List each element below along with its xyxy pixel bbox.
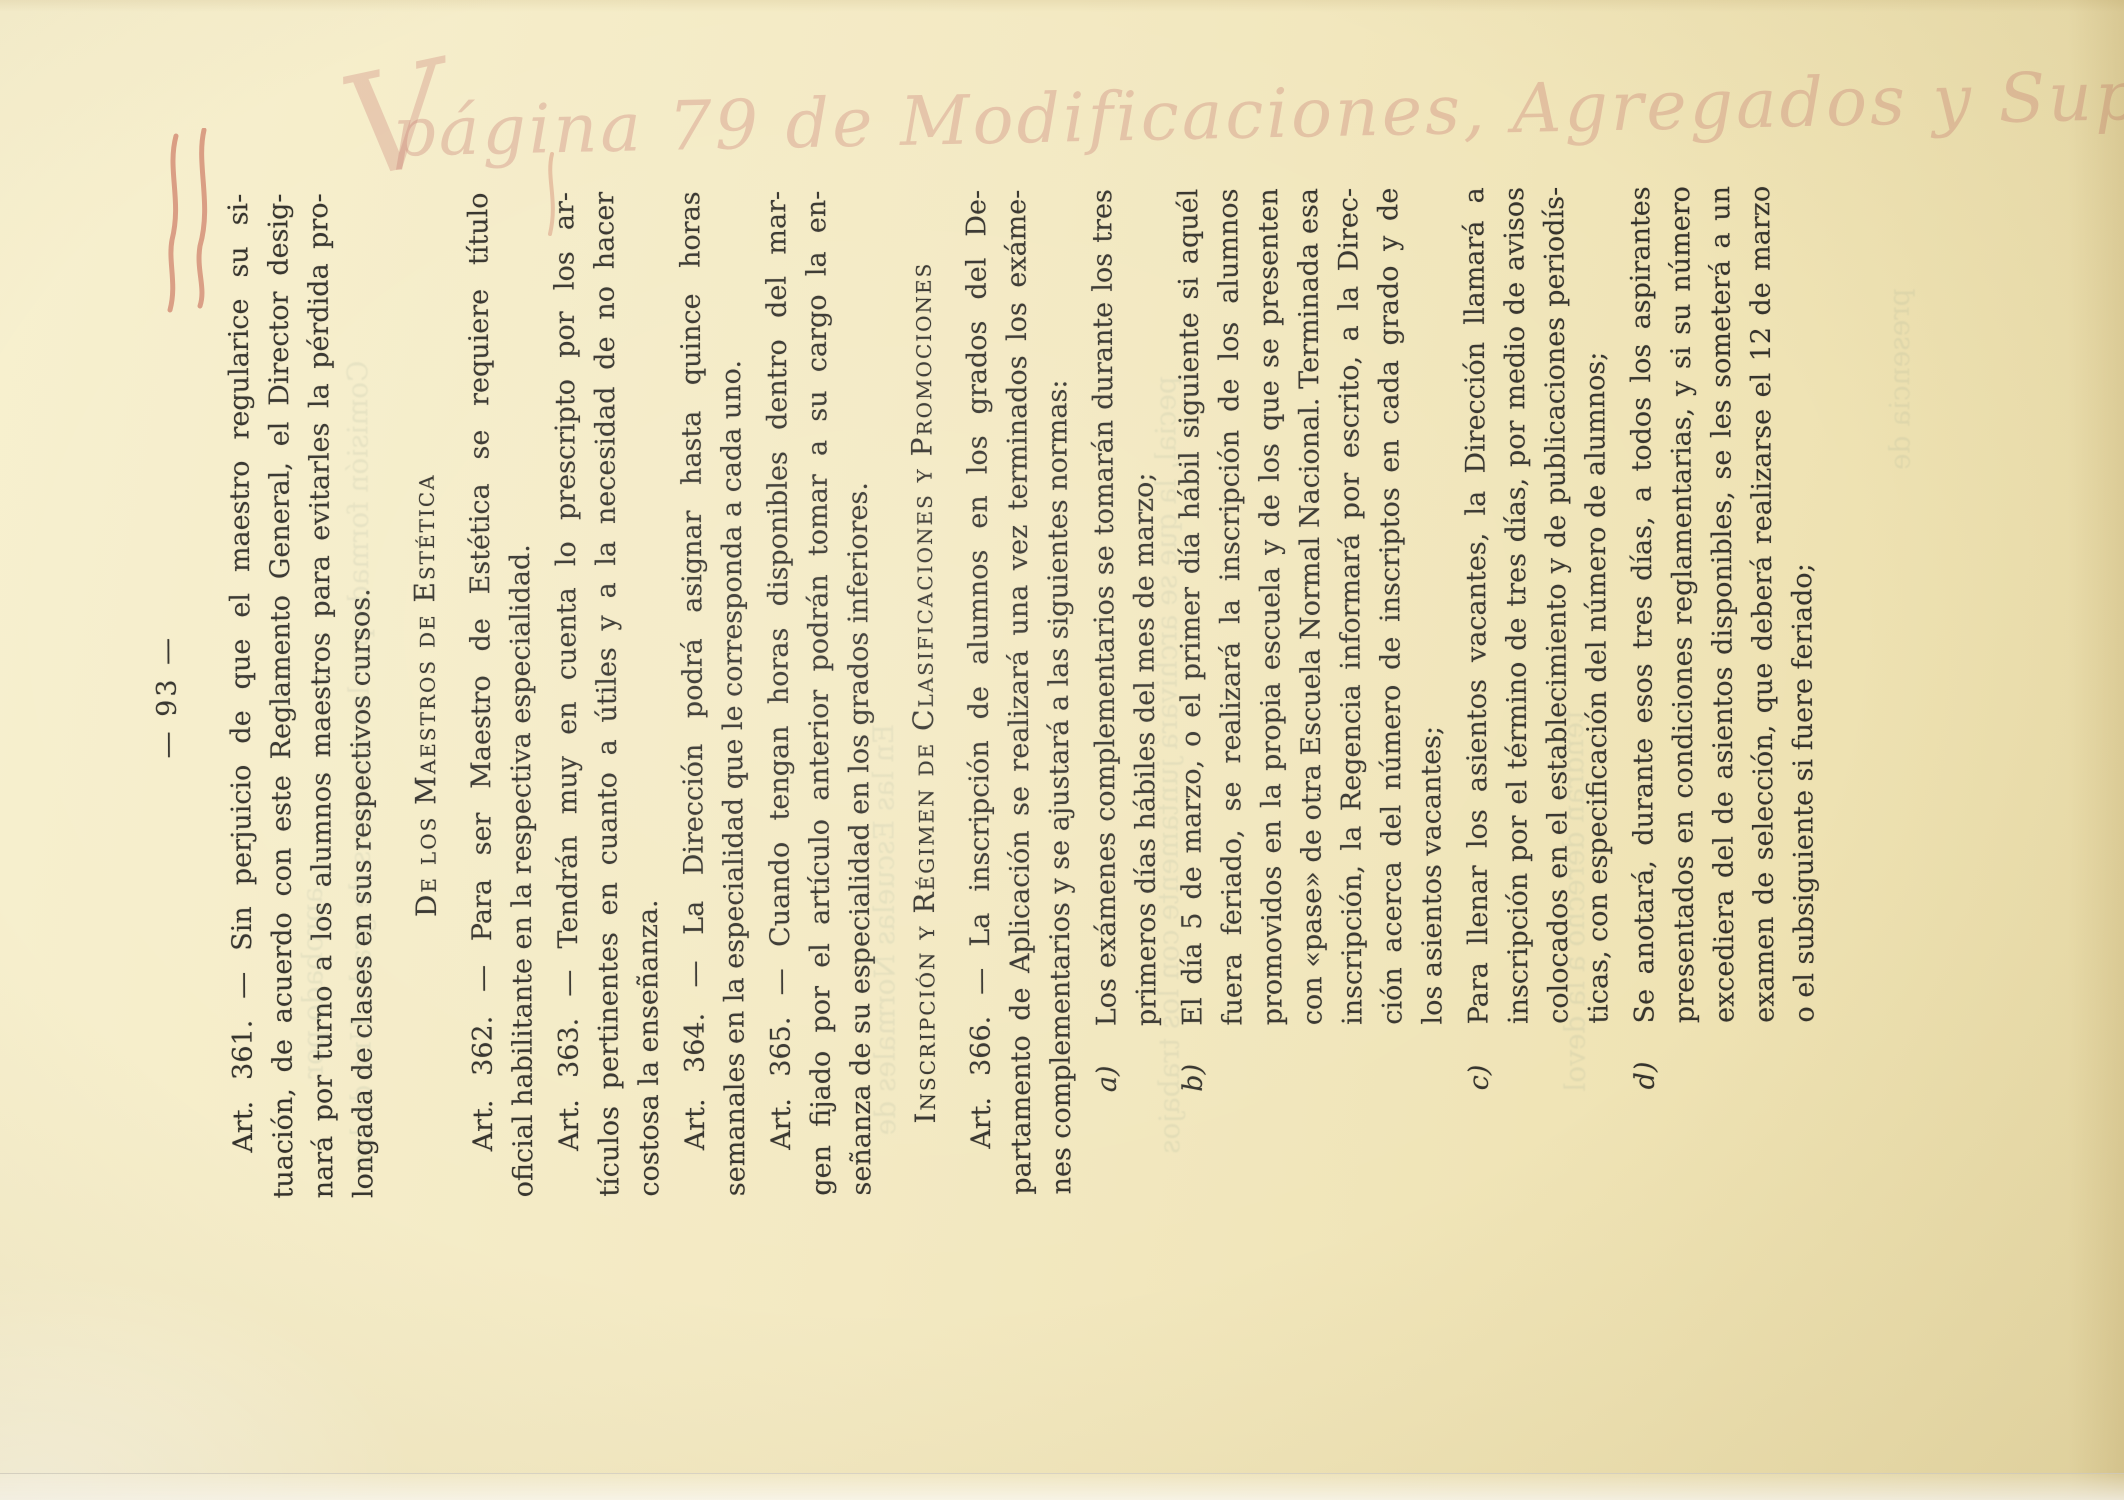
text-line: oficial habilitante en la respectiva esp… (499, 192, 544, 1197)
list-item-c: c) Para llenar los asientos vacantes, la… (1455, 187, 1620, 1193)
text-line: Art. 362. — Para ser Maestro de Estética… (459, 192, 504, 1197)
page-rotated-content: aprobado por Comisión formada por los ma… (0, 0, 2124, 1500)
text-line: Art. 365. — Cuando tengan horas disponib… (757, 191, 802, 1196)
text-line: Los exámenes complementarios se tomarán … (1083, 189, 1127, 1026)
item-marker: d) (1626, 1061, 1666, 1089)
list-item-a: a) Los exámenes complementarios se tomar… (1083, 189, 1168, 1194)
text-line: Art. 361. — Sin perjuicio de que el maes… (219, 194, 264, 1199)
text-line: longada de clases en sus respectivos cur… (339, 193, 384, 1198)
text-line: gen fijado por el artículo anterior podr… (797, 191, 842, 1196)
text-line: tículos pertinentes en cuanto a útiles y… (585, 192, 630, 1197)
text-line: semanales en la especialidad que le corr… (711, 191, 756, 1196)
text-line: Art. 366. — La inscripción de alumnos en… (957, 190, 1002, 1195)
text-line: ción acerca del número de inscriptos en … (1369, 188, 1413, 1025)
text-line: presentados en condiciones reglamentaria… (1661, 186, 1705, 1023)
text-line: con «pase» de otra Escuela Normal Nacion… (1289, 188, 1333, 1025)
page-number: — 93 — (145, 194, 190, 1199)
text-line: ticas, con especificación del número de … (1575, 187, 1619, 1024)
article-362: Art. 362. — Para ser Maestro de Estética… (459, 192, 544, 1197)
text-line: primeros días hábiles del mes de marzo; (1123, 189, 1167, 1026)
text-line: Art. 364. — La Dirección podrá asignar h… (671, 191, 716, 1196)
article-365: Art. 365. — Cuando tengan horas disponib… (757, 190, 882, 1196)
text-line: señanza de su especialidad en los grados… (837, 190, 882, 1195)
text-line: nes complementarios y se ajustará a las … (1037, 189, 1082, 1194)
text-line: Para llenar los asientos vacantes, la Di… (1455, 187, 1499, 1024)
item-marker: a) (1088, 1065, 1128, 1092)
text-line: o el subsiguiente si fuere feriado; (1781, 185, 1825, 1022)
text-line: los asientos vacantes; (1409, 187, 1453, 1024)
text-line: examen de selección, que deberá realizar… (1741, 186, 1785, 1023)
printed-page: aprobado por Comisión formada por los ma… (0, 0, 2124, 1500)
article-366: Art. 366. — La inscripción de alumnos en… (957, 189, 1082, 1195)
text-line: fuera feriado, se realizará la inscripci… (1209, 188, 1253, 1025)
section-heading-inscripcion: Inscripción y Régimen de Clasificaciones… (901, 190, 946, 1195)
text-line: nará por turno a los alumnos maestros pa… (299, 193, 344, 1198)
article-363: Art. 363. — Tendrán muy en cuenta lo pre… (545, 191, 670, 1197)
item-marker: c) (1460, 1064, 1500, 1090)
text-line: inscripción por el término de tres días,… (1495, 187, 1539, 1024)
print-through-text: presencia de (1880, 288, 1921, 470)
text-line: tuación, de acuerdo con este Reglamento … (259, 193, 304, 1198)
text-line: colocados en el establecimiento y de pub… (1535, 187, 1579, 1024)
item-marker: b) (1174, 1064, 1214, 1092)
text-line: inscripción, la Regencia informará por e… (1329, 188, 1373, 1025)
list-item-d: d) Se anotará, durante esos tres días, a… (1621, 185, 1826, 1191)
article-361: Art. 361. — Sin perjuicio de que el maes… (219, 193, 384, 1199)
text-line: El día 5 de marzo, o el primer día hábil… (1169, 189, 1213, 1026)
text-line: partamento de Aplicación se realizará un… (997, 190, 1042, 1195)
text-line: excediera del de asientos disponibles, s… (1701, 186, 1745, 1023)
scanned-document-page: aprobado por Comisión formada por los ma… (0, 0, 2124, 1500)
text-line: costosa la enseñanza. (625, 191, 670, 1196)
list-item-b: b) El día 5 de marzo, o el primer día há… (1169, 187, 1454, 1193)
article-364: Art. 364. — La Dirección podrá asignar h… (671, 191, 756, 1196)
text-line: Se anotará, durante esos tres días, a to… (1621, 186, 1665, 1023)
text-line: Art. 363. — Tendrán muy en cuenta lo pre… (545, 192, 590, 1197)
text-line: promovidos en la propia escuela y de los… (1249, 188, 1293, 1025)
section-heading-maestros-estetica: De los Maestros de Estética (403, 193, 448, 1198)
